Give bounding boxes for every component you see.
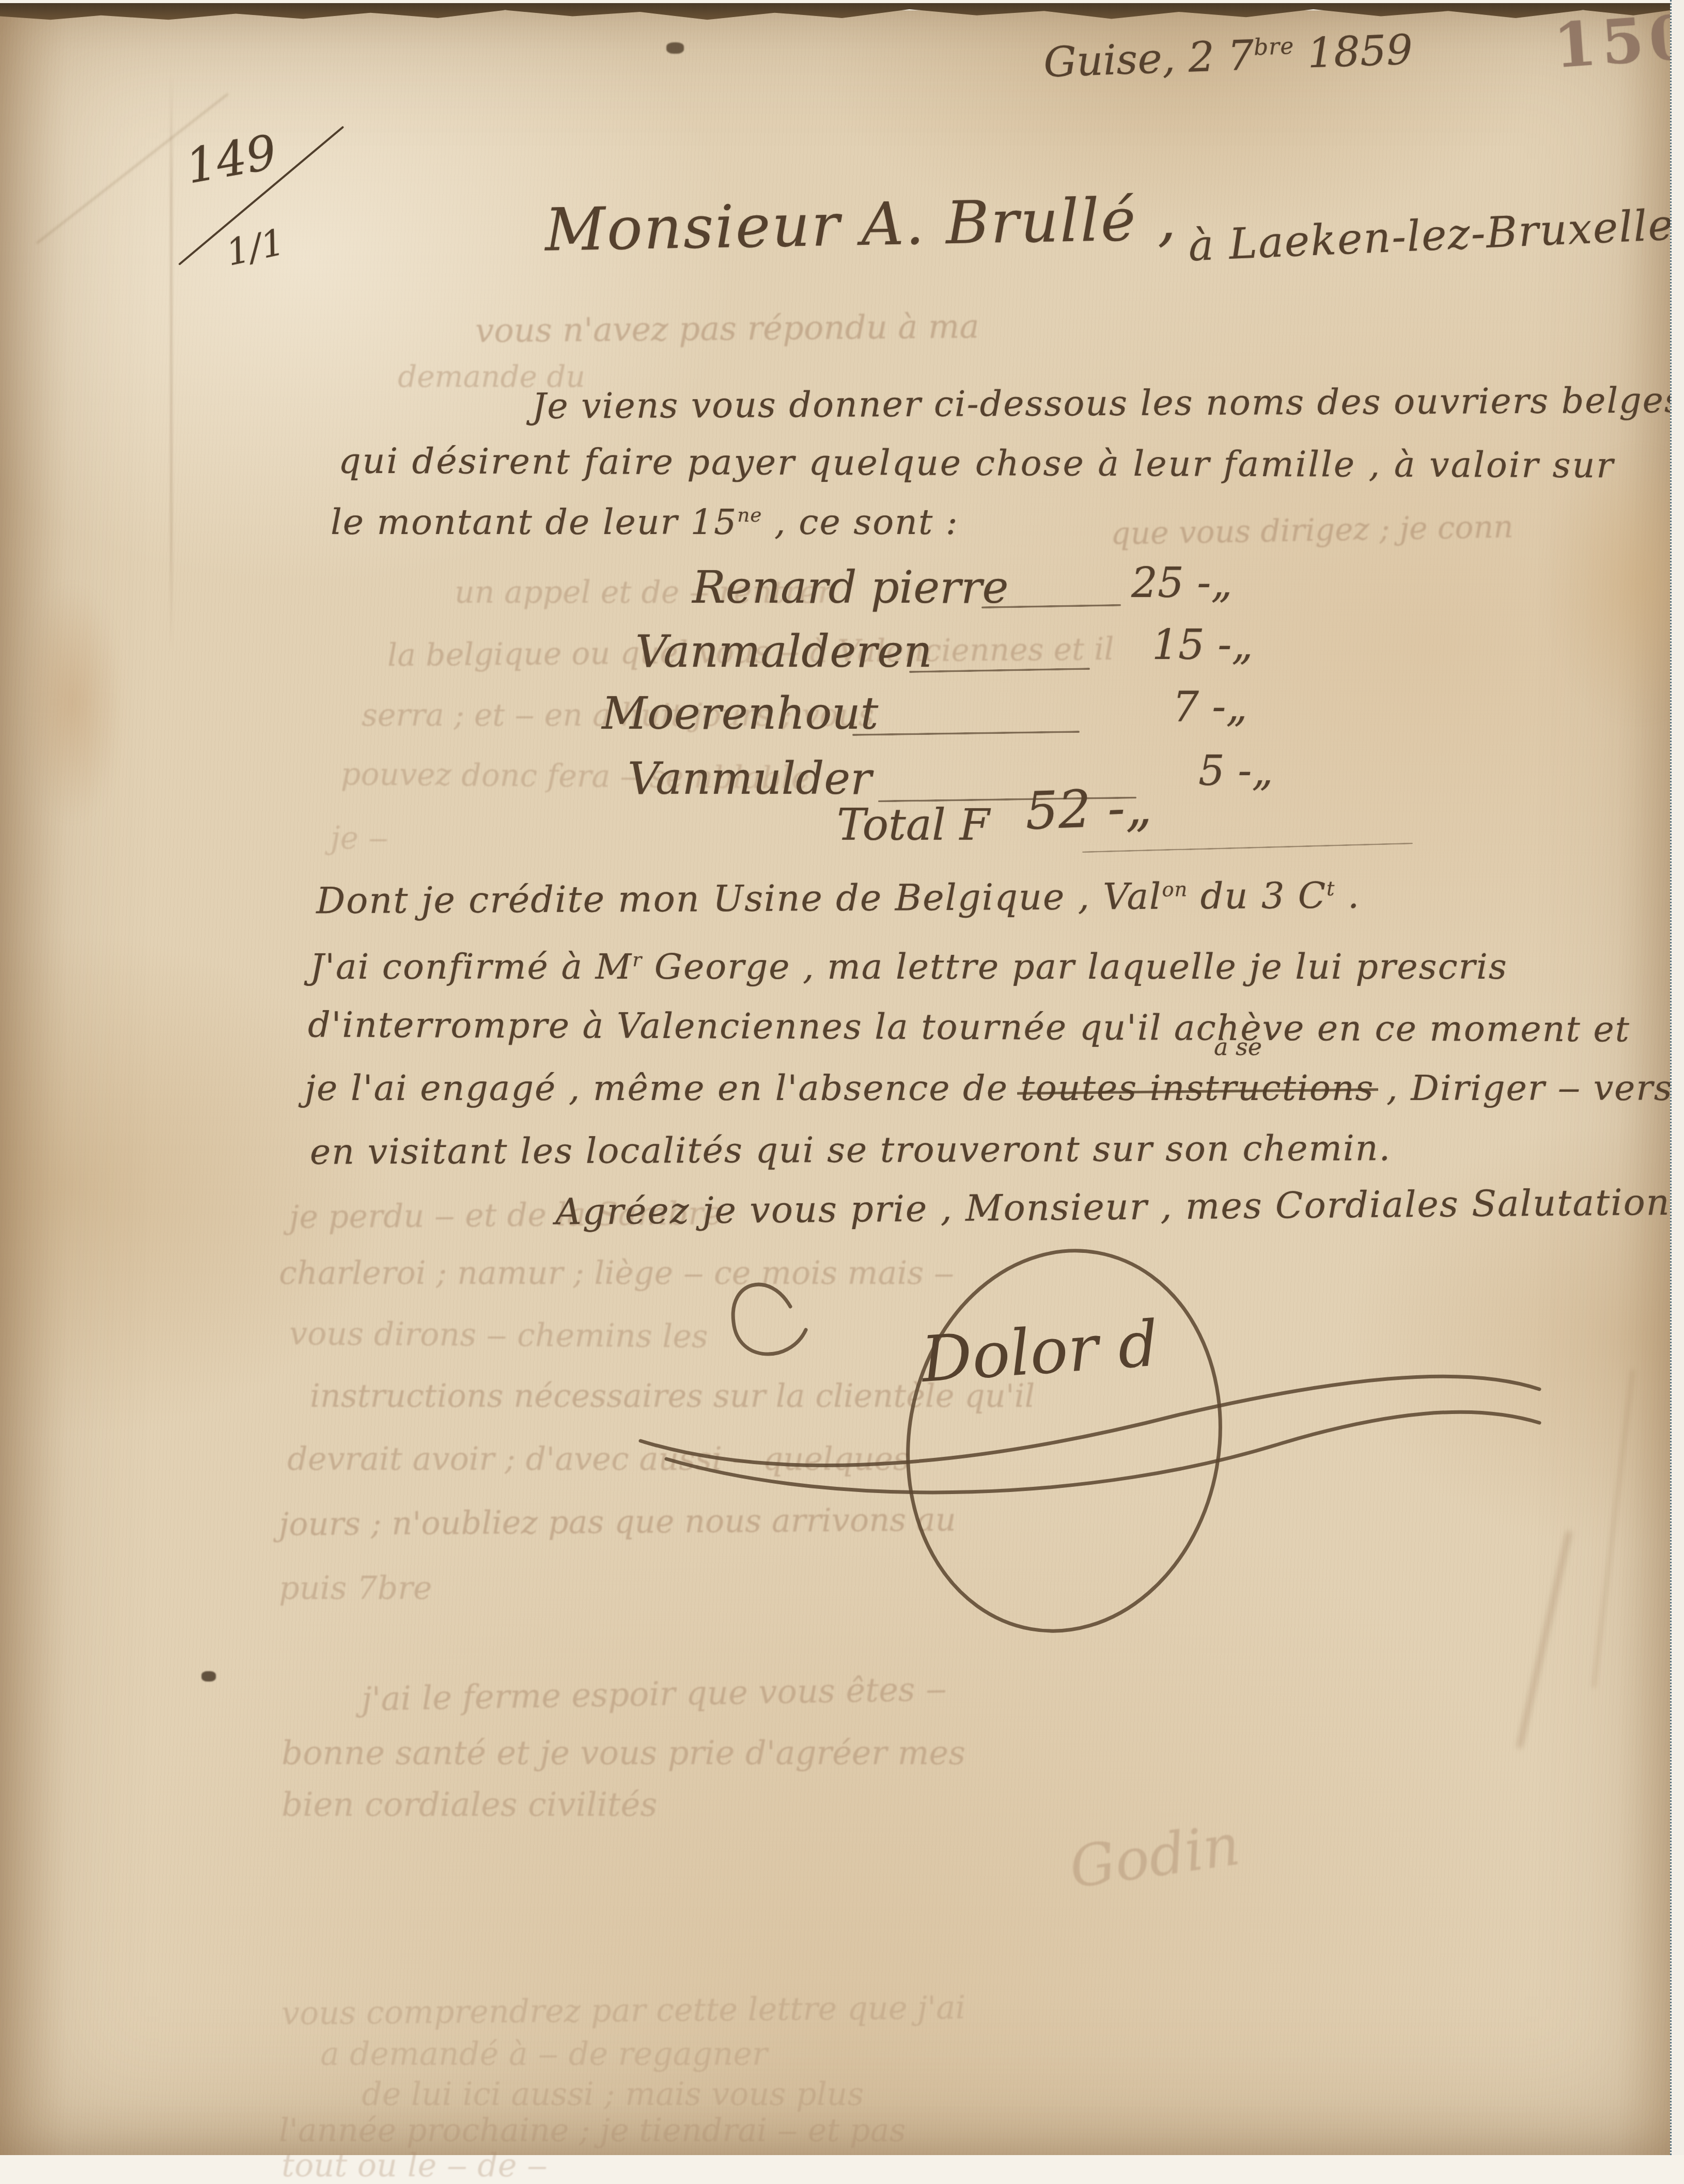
ghost-text-line: a demandé à ‒ de regagner xyxy=(320,2035,768,2072)
body-text: le montant de leur 15 xyxy=(331,502,737,543)
address-place: à Laeken-lez-Bruxelles xyxy=(1187,200,1684,271)
stain xyxy=(21,584,124,821)
worker-name: Moerenhout xyxy=(602,688,878,740)
body-text: George , ma lettre par laquelle je lui p… xyxy=(642,947,1508,987)
superscript: t xyxy=(1327,877,1335,901)
body-text: , xyxy=(1375,1068,1411,1109)
body-line: qui désirent faire payer quelque chose à… xyxy=(338,441,1615,486)
ghost-text-line: bonne santé et je vous prie d'agréer mes xyxy=(282,1734,965,1772)
body-text: je l'ai engagé , même en l'absence de xyxy=(305,1068,1021,1109)
dateline-text: Guise, 2 7 xyxy=(1043,31,1255,86)
body-line: je l'ai engagé , même en l'absence de to… xyxy=(305,1068,1684,1109)
superscript: ne xyxy=(737,504,762,526)
worker-name: Vanmulder xyxy=(628,753,871,805)
dash-leader xyxy=(852,731,1080,736)
dateline-superscript: bre xyxy=(1253,33,1295,61)
address-recipient: Monsieur A. Brullé , xyxy=(544,184,1178,264)
folio-number: 149 xyxy=(182,124,281,195)
inserted-text: à se xyxy=(1214,1033,1262,1061)
worker-amount: 15 -„ xyxy=(1152,621,1253,669)
superscript: on xyxy=(1162,878,1188,901)
body-text: du 3 C xyxy=(1188,874,1327,917)
body-line: d'interrompre à Valenciennes la tournée … xyxy=(308,1005,1630,1050)
body-text: , ce sont : xyxy=(762,502,958,543)
body-text: . xyxy=(1335,874,1360,917)
ghost-text-line: puis 7bre xyxy=(279,1569,432,1607)
worker-amount: 7 -„ xyxy=(1173,683,1248,731)
worker-name: Vanmalderen xyxy=(635,626,932,678)
ghost-text-line: tout ou le ‒ de ‒ xyxy=(282,2146,548,2155)
crease xyxy=(170,72,172,651)
body-line: J'ai confirmé à Mr George , ma lettre pa… xyxy=(310,947,1508,987)
body-line: en visitant les localités qui se trouver… xyxy=(310,1128,1391,1172)
worker-amount: 5 -„ xyxy=(1198,747,1273,795)
body-line: Dont je crédite mon Usine de Belgique , … xyxy=(316,874,1361,922)
scan-edge-strip xyxy=(1670,0,1684,2155)
ghost-text-line: bien cordiales civilités xyxy=(282,1786,657,1824)
body-text: Diriger ‒ vers Bruxelles xyxy=(1411,1068,1684,1109)
stain xyxy=(201,1671,216,1682)
crease xyxy=(1592,1370,1634,1688)
ghost-signature: Godin xyxy=(1066,1812,1244,1901)
body-line: le montant de leur 15ne , ce sont : xyxy=(331,502,959,543)
struck-text: toutes instructions xyxy=(1021,1068,1375,1109)
ghost-text-line: que vous dirigez ; je conn xyxy=(1110,509,1514,552)
letter-page: vous n'avez pas répondu à ma demande du … xyxy=(0,0,1684,2155)
body-line: Je viens vous donner ci-dessous les noms… xyxy=(532,380,1683,427)
torn-paper-edge xyxy=(0,3,1684,21)
ghost-text-line: l'année prochaine ; je tiendrai ‒ et pas xyxy=(279,2111,906,2149)
folio-fraction: 1/1 xyxy=(223,221,288,274)
body-text: J'ai confirmé à M xyxy=(310,947,632,987)
dateline-year: 1859 xyxy=(1293,26,1413,78)
ghost-text-line: de lui ici aussi ; mais vous plus xyxy=(362,2075,864,2113)
superscript: r xyxy=(632,948,642,971)
signature-flourish: Dolor d xyxy=(635,1219,1545,1735)
body-text: Dont je crédite mon Usine de Belgique , … xyxy=(316,875,1162,922)
total-label: Total F xyxy=(837,799,990,850)
stain xyxy=(666,42,684,54)
total-underline xyxy=(1082,843,1413,853)
worker-amount: 25 -„ xyxy=(1131,559,1233,607)
signature: Dolor d xyxy=(918,1307,1161,1396)
dateline: Guise, 2 7bre 1859 xyxy=(1043,26,1414,87)
worker-name: Renard pierre xyxy=(692,562,1008,614)
total-value: 52 -„ xyxy=(1024,777,1153,841)
ghost-text-line: vous n'avez pas répondu à ma xyxy=(475,308,979,351)
ghost-text-line: vous comprendrez par cette lettre que j'… xyxy=(282,1988,966,2032)
ghost-text-line: je ‒ xyxy=(331,820,388,856)
